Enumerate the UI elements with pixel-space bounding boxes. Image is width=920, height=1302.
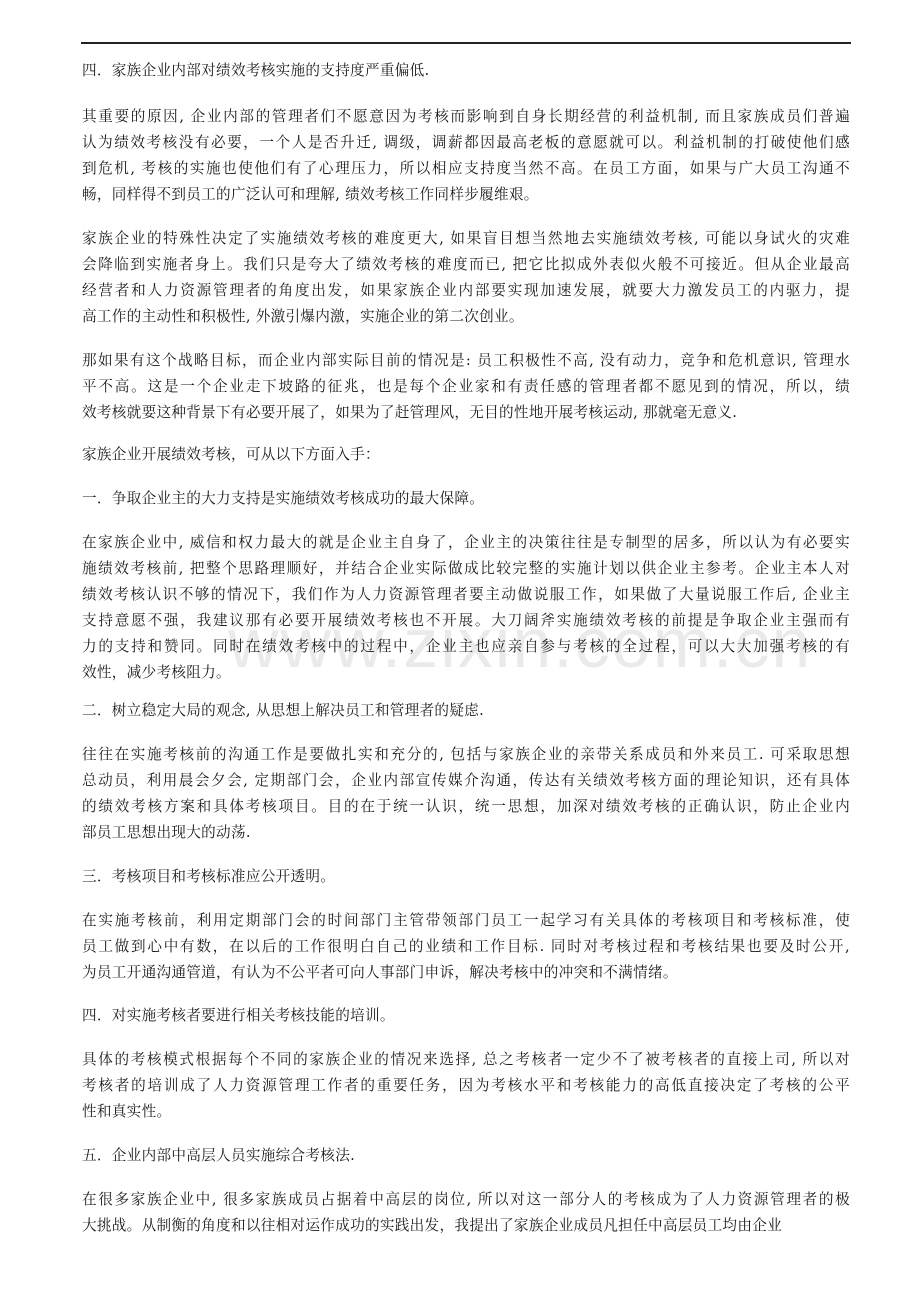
text-line: 力的支持和赞同。同时在绩效考核中的过程中，企业主也应亲自参与考核的全过程，可以大… [82,634,850,660]
paragraph: 具体的考核模式根据每个不同的家族企业的情况来选择, 总之考核者一定少不了被考核者… [82,1047,850,1125]
text-line: 畅，同样得不到员工的广泛认可和理解, 绩效考核工作同样步履维艰。 [82,182,850,208]
text-line: 会降临到实施者身上。我们只是夸大了绩效考核的难度而已, 把它比拟成外表似火般不可… [82,252,850,278]
text-line: 三．考核项目和考核标准应公开透明。 [82,864,850,890]
text-line: 为员工开通沟通管道，有认为不公平者可向人事部门申诉，解决考核中的冲突和不满情绪。 [82,960,850,986]
paragraph: 其重要的原因, 企业内部的管理者们不愿意因为考核而影响到自身长期经营的利益机制,… [82,104,850,208]
text-line: 在家族企业中, 威信和权力最大的就是企业主自身了，企业主的决策往往是专制型的居多… [82,530,850,556]
text-line: 效考核就要这种背景下有必要开展了，如果为了赶管理风，无目的性地开展考核运动, 那… [82,400,850,426]
text-line: 效性，减少考核阻力。 [82,660,850,686]
paragraph: 家族企业的特殊性决定了实施绩效考核的难度更大, 如果盲目想当然地去实施绩效考核,… [82,226,850,330]
text-line: 四．对实施考核者要进行相关考核技能的培训。 [82,1003,850,1029]
text-line: 部员工思想出现大的动荡. [82,820,850,846]
text-line: 考核者的培训成了人力资源管理工作者的重要任务，因为考核水平和考核能力的高低直接决… [82,1073,850,1099]
text-line: 性和真实性。 [82,1099,850,1125]
text-line: 绩效考核认识不够的情况下，我们作为人力资源管理者要主动做说服工作，如果做了大量说… [82,582,850,608]
text-line: 五．企业内部中高层人员实施综合考核法. [82,1143,850,1169]
text-line: 家族企业的特殊性决定了实施绩效考核的难度更大, 如果盲目想当然地去实施绩效考核,… [82,226,850,252]
text-line: 的绩效考核方案和具体考核项目。目的在于统一认识，统一思想，加深对绩效考核的正确认… [82,794,850,820]
text-line: 高工作的主动性和积极性, 外激引爆内激，实施企业的第二次创业。 [82,304,850,330]
paragraph: 那如果有这个战略目标，而企业内部实际目前的情况是: 员工积极性不高, 没有动力，… [82,348,850,426]
paragraph: 在很多家族企业中, 很多家族成员占据着中高层的岗位, 所以对这一部分人的考核成为… [82,1187,850,1239]
text-line: 四．家族企业内部对绩效考核实施的支持度严重偏低. [82,58,850,84]
paragraph: 往往在实施考核前的沟通工作是要做扎实和充分的, 包括与家族企业的亲带关系成员和外… [82,742,850,846]
paragraph: 在实施考核前，利用定期部门会的时间部门主管带领部门员工一起学习有关具体的考核项目… [82,908,850,986]
text-line: 一．争取企业主的大力支持是实施绩效考核成功的最大保障。 [82,486,850,512]
text-line: 在很多家族企业中, 很多家族成员占据着中高层的岗位, 所以对这一部分人的考核成为… [82,1187,850,1213]
text-line: 在实施考核前，利用定期部门会的时间部门主管带领部门员工一起学习有关具体的考核项目… [82,908,850,934]
text-line: 往往在实施考核前的沟通工作是要做扎实和充分的, 包括与家族企业的亲带关系成员和外… [82,742,850,768]
section-heading: 四．家族企业内部对绩效考核实施的支持度严重偏低. [82,58,850,84]
text-line: 总动员，利用晨会夕会, 定期部门会，企业内部宣传媒介沟通，传达有关绩效考核方面的… [82,768,850,794]
text-line: 平不高。这是一个企业走下坡路的征兆，也是每个企业家和有责任感的管理者都不愿见到的… [82,374,850,400]
paragraph: 家族企业开展绩效考核，可从以下方面入手： [82,442,850,468]
paragraph: 在家族企业中, 威信和权力最大的就是企业主自身了，企业主的决策往往是专制型的居多… [82,530,850,686]
section-heading: 一．争取企业主的大力支持是实施绩效考核成功的最大保障。 [82,486,850,512]
section-heading: 三．考核项目和考核标准应公开透明。 [82,864,850,890]
text-line: 二．树立稳定大局的观念, 从思想上解决员工和管理者的疑虑. [82,698,850,724]
document-page: www.zixin.com.cn 四．家族企业内部对绩效考核实施的支持度严重偏低… [0,0,920,1302]
text-line: 具体的考核模式根据每个不同的家族企业的情况来选择, 总之考核者一定少不了被考核者… [82,1047,850,1073]
section-heading: 四．对实施考核者要进行相关考核技能的培训。 [82,1003,850,1029]
text-line: 认为绩效考核没有必要，一个人是否升迁, 调级，调薪都因最高老板的意愿就可以。利益… [82,130,850,156]
section-heading: 五．企业内部中高层人员实施综合考核法. [82,1143,850,1169]
section-heading: 二．树立稳定大局的观念, 从思想上解决员工和管理者的疑虑. [82,698,850,724]
header-rule [81,42,851,44]
text-line: 其重要的原因, 企业内部的管理者们不愿意因为考核而影响到自身长期经营的利益机制,… [82,104,850,130]
text-line: 施绩效考核前, 把整个思路理顺好，并结合企业实际做成比较完整的实施计划以供企业主… [82,556,850,582]
text-line: 经营者和人力资源管理者的角度出发，如果家族企业内部要实现加速发展，就要大力激发员… [82,278,850,304]
text-line: 那如果有这个战略目标，而企业内部实际目前的情况是: 员工积极性不高, 没有动力，… [82,348,850,374]
text-line: 到危机, 考核的实施也使他们有了心理压力，所以相应支持度当然不高。在员工方面，如… [82,156,850,182]
text-line: 员工做到心中有数，在以后的工作很明白自己的业绩和工作目标. 同时对考核过程和考核… [82,934,850,960]
text-line: 支持意愿不强，我建议那有必要开展绩效考核也不开展。大刀阔斧实施绩效考核的前提是争… [82,608,850,634]
text-line: 家族企业开展绩效考核，可从以下方面入手： [82,442,850,468]
text-line: 大挑战。从制衡的角度和以往相对运作成功的实践出发，我提出了家族企业成员凡担任中高… [82,1213,850,1239]
